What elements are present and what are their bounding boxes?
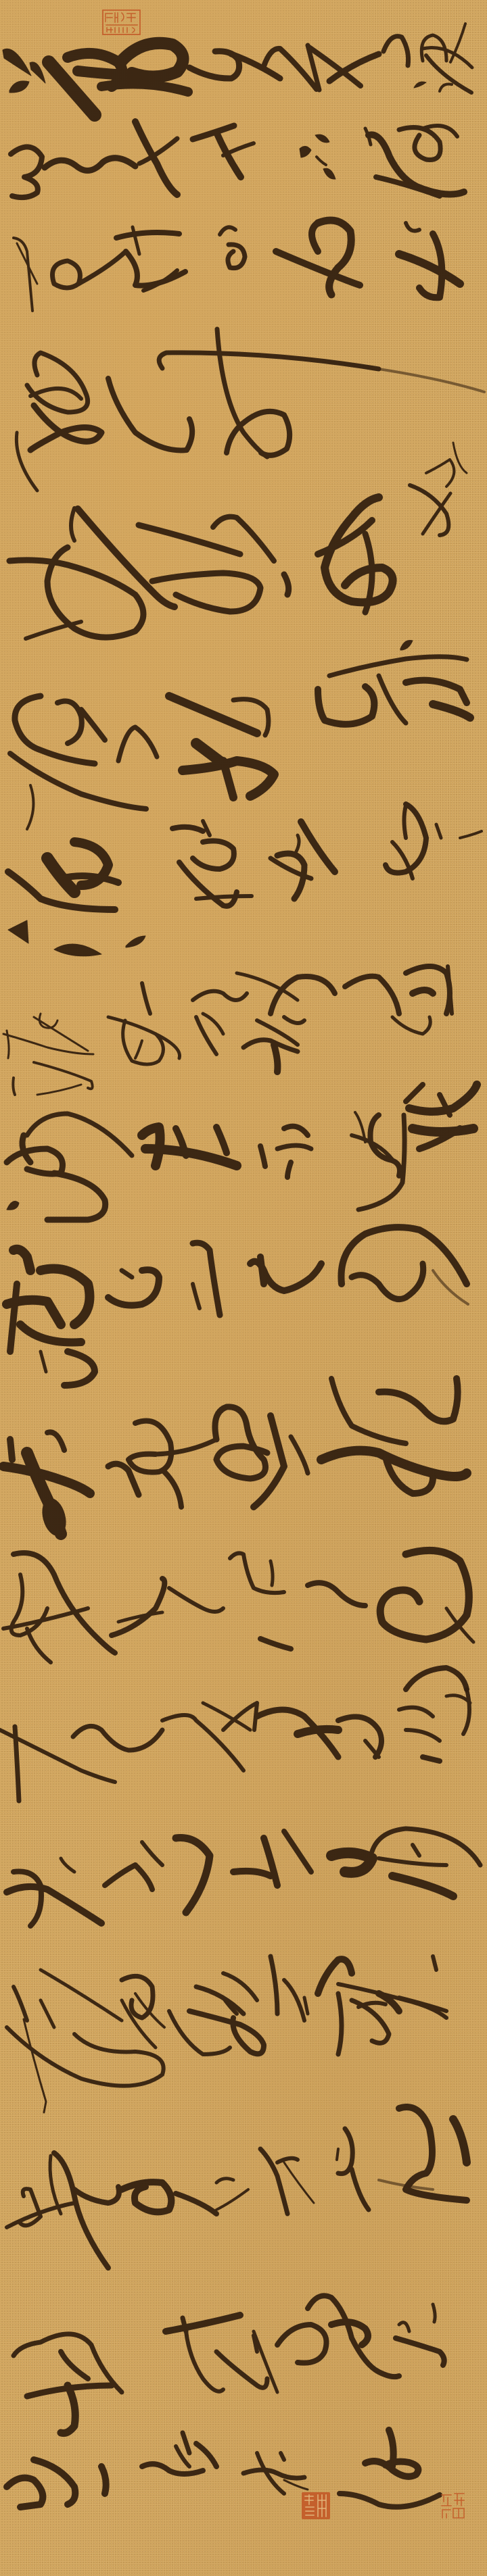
brush-stroke [404,806,407,838]
brush-stroke [122,1270,132,1277]
ink-row-3 [14,220,460,311]
ink-dot [323,168,335,179]
brush-stroke [284,2162,314,2203]
brush-stroke [166,2315,240,2331]
brush-stroke [436,824,441,838]
brush-stroke [37,1085,81,1095]
ink-dot [8,920,28,943]
ink-row-14 [7,1829,480,1926]
brush-stroke [27,785,33,829]
seal-bottom-center [302,2492,330,2519]
ink-dot [126,936,145,947]
brush-stroke [216,2179,233,2183]
brush-stroke [196,1987,243,2014]
brush-stroke [193,1284,200,1308]
brush-stroke [233,1871,271,1876]
brush-stroke [274,1045,277,1072]
ink-dot [9,81,29,93]
brush-stroke [365,1741,379,1757]
brush-stroke [196,743,223,764]
brush-stroke [14,1249,30,1270]
brush-stroke [74,2187,119,2203]
brush-stroke [271,976,335,1014]
brush-stroke [78,71,139,76]
brush-stroke [291,1437,308,1473]
brush-stroke [287,1162,291,1177]
brush-stroke [230,1553,284,1593]
brush-stroke [340,2494,440,2507]
brush-stroke [7,1887,101,1923]
ink-row-8 [3,966,452,1095]
brush-stroke [159,353,379,369]
brush-stroke [112,1579,164,1635]
brush-stroke [380,1550,469,1639]
brush-stroke [312,223,318,251]
brush-stroke [193,841,234,869]
brush-stroke [10,1439,12,1460]
brush-stroke [27,1629,51,1662]
ink-row-7 [8,804,482,956]
brush-stroke [352,1264,423,1299]
brush-stroke [406,1730,440,1741]
seal-top [103,10,140,34]
brush-stroke [142,1842,162,1865]
brush-stroke [277,2158,298,2162]
brush-stroke [203,1014,223,1034]
brush-stroke [216,1127,227,1153]
brush-stroke [453,2119,467,2162]
brush-stroke [228,245,245,268]
brush-stroke [271,1956,277,2014]
brush-stroke [331,1379,406,1443]
brush-stroke [220,227,235,234]
brush-stroke [193,991,247,1000]
brush-stroke [189,2011,264,2054]
brush-stroke [41,1269,90,1325]
brush-stroke [135,122,177,195]
brush-stroke [358,2003,386,2007]
brush-stroke [45,158,135,171]
brush-stroke [73,1726,162,1750]
brush-stroke [118,727,157,761]
brush-stroke [284,1017,304,1023]
ink-row-18 [7,2430,440,2507]
brush-stroke [399,2323,409,2331]
brush-stroke [379,676,406,723]
brush-stroke [338,1993,342,2054]
brush-stroke [406,1668,467,1689]
brush-stroke [281,2453,284,2460]
brush-stroke [108,378,192,450]
brush-stroke [379,1858,446,1865]
brush-stroke [284,1126,308,1135]
brush-stroke [47,1432,64,1450]
seal-glyphs [442,2494,464,2518]
brush-stroke [217,329,267,457]
brush-stroke [135,1041,142,1058]
brush-stroke [463,1689,469,1734]
brush-stroke [176,1838,210,1912]
brush-stroke [277,2325,327,2363]
brush-stroke [296,835,299,851]
brush-stroke [172,827,203,831]
brush-stroke [284,574,289,595]
ink-row-16 [7,2107,467,2268]
brush-stroke [318,687,374,724]
brush-stroke [213,517,274,561]
brush-stroke [78,251,126,284]
brush-stroke [16,432,37,491]
brush-stroke [284,1831,311,1872]
brush-stroke [216,2189,248,2210]
brush-stroke [101,2467,106,2494]
brush-stroke [186,2331,223,2392]
brush-stroke [284,2480,308,2490]
ink-dot [315,134,329,143]
brush-stroke [169,1588,223,1612]
brush-stroke [7,2027,164,2086]
brush-stroke [71,508,74,541]
brush-stroke [122,2182,171,2212]
ink-dot [3,49,31,76]
ink-dot [414,82,426,88]
brush-stroke [260,1257,264,1284]
brush-stroke [139,525,240,554]
brush-stroke [7,2478,43,2507]
brush-stroke [57,701,82,744]
brush-stroke [61,2385,75,2433]
brush-stroke [308,1583,365,1606]
brush-stroke [329,657,467,676]
brush-stroke [196,896,252,899]
ink-dot [400,641,413,651]
brush-stroke [41,1970,122,2021]
brush-stroke [426,460,454,487]
brush-stroke [399,1998,446,2011]
ink-row-17 [14,2296,444,2433]
ink-row-15 [7,1956,446,2112]
brush-stroke [423,1757,440,1761]
brush-stroke [317,157,326,165]
brush-stroke [61,2352,88,2379]
brush-stroke [399,128,440,160]
brush-stroke [331,1853,372,1873]
brush-stroke [338,2129,352,2174]
brush-stroke [24,2019,46,2112]
brush-stroke [142,983,150,1014]
brush-stroke [116,232,179,238]
brush-stroke [406,1085,423,1101]
brush-stroke [196,2444,216,2467]
ink-dot [7,1202,19,1210]
brush-stroke [410,485,448,535]
brush-stroke [277,1145,311,1149]
ink-row-11 [3,1379,467,1538]
brush-stroke [413,990,433,993]
brush-stroke [243,2470,304,2478]
brush-stroke [406,680,467,703]
brush-stroke [47,1173,106,1220]
brush-stroke [11,147,42,197]
ink-row-2 [11,122,464,197]
brush-stroke [164,1472,181,1507]
ink-dot [54,944,101,956]
brush-stroke [34,1062,93,1089]
brush-stroke [384,36,409,66]
brush-stroke [53,261,80,288]
brush-stroke [271,1561,273,1585]
brush-stroke [440,84,452,91]
brush-stroke [64,1352,95,1385]
brush-stroke [215,1407,267,1479]
brush-stroke [142,2464,203,2474]
brush-stroke [396,2338,444,2365]
brush-stroke [156,1439,216,1454]
brush-stroke [41,1352,46,1372]
brush-stroke [352,2169,369,2210]
ink-row-13 [0,1689,470,1801]
brush-stroke [254,1416,284,1507]
brush-stroke [460,831,482,838]
brush-stroke [433,704,470,718]
brush-stroke [284,1980,304,2021]
ink-row-12 [3,1550,473,1689]
ink-row-9 [7,1085,477,1220]
brush-stroke [345,976,399,1014]
brush-stroke [298,1729,338,1734]
brush-stroke [379,1379,458,1421]
brush-stroke [183,2318,186,2331]
brush-stroke [105,1865,152,1889]
brush-stroke [433,1956,436,1970]
brush-stroke [108,1017,180,1058]
brush-stroke [54,2153,108,2268]
brush-stroke [260,1146,265,1166]
brush-stroke [406,223,419,231]
brush-stroke [27,353,88,412]
brush-stroke [399,1708,433,1716]
brush-stroke [81,710,105,740]
brush-stroke [13,1078,15,1095]
brush-stroke [61,1858,74,1872]
brush-stroke [169,696,257,733]
brush-stroke [10,1284,17,1352]
brush-stroke [413,1129,473,1132]
brush-stroke [14,1987,27,2021]
brush-stroke [14,238,32,311]
brush-stroke [433,2304,435,2322]
brush-stroke [337,2149,338,2160]
brush-stroke [308,2296,399,2377]
brush-stroke [108,1270,159,1306]
ink-row-4 [16,329,484,535]
brush-stroke [413,1845,419,1856]
brush-stroke [399,254,460,284]
seal-glyphs [106,13,137,32]
brush-stroke [41,2000,54,2027]
brush-stroke [176,2194,216,2214]
ink-row-6 [10,676,470,829]
brush-stroke [223,1973,257,2000]
brush-stroke [243,1040,298,1051]
brush-stroke [392,1876,453,1896]
brush-stroke [14,1871,41,1926]
brush-stroke [129,1421,171,1472]
ink-row-1 [3,24,472,115]
brush-stroke [392,1017,430,1034]
brush-stroke [183,2433,189,2453]
dry-brush-stroke [379,369,484,392]
brush-stroke [318,1959,352,1993]
calligraphy-scroll [0,0,487,2576]
brush-stroke [260,1639,291,1649]
brush-stroke [3,1034,93,1054]
ink-row-10 [7,1227,468,1385]
brush-stroke [216,2352,267,2387]
brush-stroke [304,1998,308,2014]
ink-row-5 [9,497,467,676]
ink-dot [300,146,311,157]
seal-bottom-right [442,2494,464,2518]
calligraphy-artwork [0,0,487,2576]
